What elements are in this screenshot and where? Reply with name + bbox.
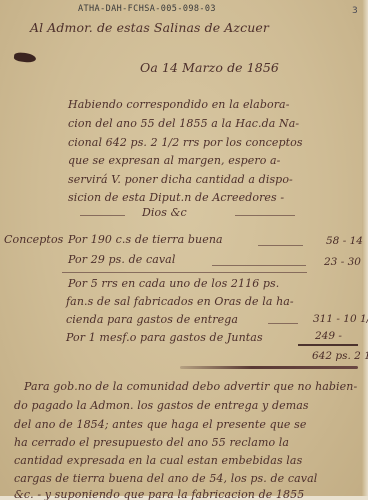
body-line: servirá V. poner dicha cantidad a dispo- bbox=[68, 173, 293, 186]
manuscript-page: ATHA-DAH-FCHSA-005-098-03 3 Al Admor. de… bbox=[0, 0, 368, 500]
concept-item-text: Por 29 ps. de caval bbox=[68, 253, 175, 266]
flourish-stroke bbox=[180, 366, 358, 369]
leader-rule bbox=[258, 245, 303, 246]
divider-rule bbox=[80, 215, 125, 216]
body-line: Habiendo correspondido en la elabora- bbox=[68, 98, 290, 111]
leader-rule bbox=[212, 265, 306, 266]
concept-item-text: fan.s de sal fabricados en Oras de la ha… bbox=[66, 295, 294, 308]
body-line: cional 642 ps. 2 1/2 rrs por los concept… bbox=[68, 136, 303, 149]
closing-line: Dios &c bbox=[142, 206, 187, 219]
note-line: del ano de 1854; antes que haga el prese… bbox=[14, 418, 306, 431]
date-line: Oa 14 Marzo de 1856 bbox=[140, 60, 279, 75]
concept-item-text: Por 5 rrs en cada uno de los 2116 ps. bbox=[68, 277, 279, 290]
archive-code: ATHA-DAH-FCHSA-005-098-03 bbox=[78, 4, 216, 14]
leader-rule bbox=[268, 323, 298, 324]
body-line: que se expresan al margen, espero a- bbox=[68, 154, 281, 167]
concept-amount: 249 - bbox=[315, 330, 342, 342]
body-line: cion del ano 55 del 1855 a la Hac.da Na- bbox=[68, 117, 299, 130]
concept-amount: 23 - 30 bbox=[324, 256, 361, 268]
folio-number: 3 bbox=[352, 6, 358, 16]
addressee-line: Al Admor. de estas Salinas de Azcuer bbox=[30, 20, 269, 35]
note-line: cargas de tierra buena del ano de 54, lo… bbox=[14, 472, 317, 485]
concept-item-text: Por 1 mesf.o para gastos de Juntas bbox=[66, 331, 263, 344]
page-edge bbox=[362, 0, 368, 500]
total-rule bbox=[298, 344, 358, 346]
concept-amount: 311 - 10 1/2 bbox=[313, 313, 368, 325]
body-line: sicion de esta Diput.n de Acreedores - bbox=[68, 191, 284, 204]
note-line: cantidad expresada en la cual estan embe… bbox=[14, 454, 302, 467]
concept-total: 642 ps. 2 1/2 bbox=[312, 350, 368, 362]
note-line: ha cerrado el presupuesto del ano 55 rec… bbox=[14, 436, 289, 449]
note-line: &c. - y suponiendo que para la fabricaci… bbox=[14, 488, 304, 500]
concept-item-text: cienda para gastos de entrega bbox=[66, 313, 238, 326]
note-line: do pagado la Admon. los gastos de entreg… bbox=[14, 399, 309, 412]
ink-blot bbox=[14, 52, 37, 63]
divider-rule bbox=[62, 272, 307, 273]
conceptos-label: Conceptos bbox=[4, 233, 63, 246]
concept-item-text: Por 190 c.s de tierra buena bbox=[68, 233, 223, 246]
divider-rule bbox=[235, 215, 295, 216]
note-line: Para gob.no de la comunidad debo adverti… bbox=[24, 380, 357, 393]
concept-amount: 58 - 14 bbox=[326, 235, 363, 247]
